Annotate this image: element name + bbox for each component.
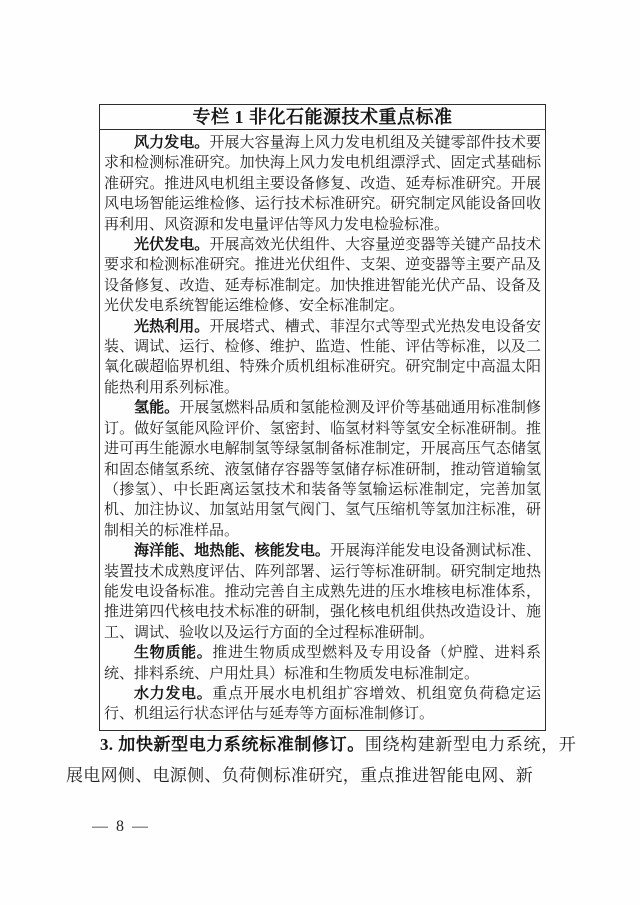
section-heading: 3. 加快新型电力系统标准制修订。 bbox=[100, 735, 365, 754]
box-title: 专栏 1 非化石能源技术重点标准 bbox=[100, 105, 545, 130]
paragraph-lead: 光热利用。 bbox=[134, 319, 209, 335]
box-paragraph: 海洋能、地热能、核能发电。开展海洋能发电设备测试标准、装置技术成熟度评估、阵列部… bbox=[104, 541, 541, 643]
paragraph-lead: 水力发电。 bbox=[134, 686, 212, 702]
box-paragraph: 生物质能。推进生物质成型燃料及专用设备（炉膛、进料系统、排料系统、户用灶具）标准… bbox=[104, 643, 541, 684]
box-paragraph: 风力发电。开展大容量海上风力发电机组及关键零部件技术要求和检测标准研究。加快海上… bbox=[104, 133, 541, 235]
box-paragraph: 水力发电。重点开展水电机组扩容增效、机组宽负荷稳定运行、机组运行状态评估与延寿等… bbox=[104, 684, 541, 725]
paragraph-lead: 风力发电。 bbox=[134, 135, 209, 151]
paragraph-lead: 光伏发电。 bbox=[134, 237, 209, 253]
standards-box: 专栏 1 非化石能源技术重点标准 风力发电。开展大容量海上风力发电机组及关键零部… bbox=[99, 104, 546, 731]
box-paragraph: 光热利用。开展塔式、槽式、菲涅尔式等型式光热发电设备安装、调试、运行、检修、维护… bbox=[104, 317, 541, 399]
paragraph-lead: 海洋能、地热能、核能发电。 bbox=[134, 543, 330, 559]
document-page: 专栏 1 非化石能源技术重点标准 风力发电。开展大容量海上风力发电机组及关键零部… bbox=[0, 0, 640, 905]
box-body: 风力发电。开展大容量海上风力发电机组及关键零部件技术要求和检测标准研究。加快海上… bbox=[100, 130, 545, 730]
section-paragraph: 3. 加快新型电力系统标准制修订。围绕构建新型电力系统，开展电网侧、电源侧、负荷… bbox=[66, 729, 576, 791]
page-number: — 8 — bbox=[92, 818, 150, 836]
box-paragraph: 氢能。开展氢燃料品质和氢能检测及评价等基础通用标准制修订。做好氢能风险评价、氢密… bbox=[104, 398, 541, 541]
box-paragraph: 光伏发电。开展高效光伏组件、大容量逆变器等关键产品技术要求和检测标准研究。推进光… bbox=[104, 235, 541, 317]
paragraph-text: 开展氢燃料品质和氢能检测及评价等基础通用标准制修订。做好氢能风险评价、氢密封、临… bbox=[104, 400, 541, 538]
paragraph-lead: 生物质能。 bbox=[134, 645, 212, 661]
paragraph-lead: 氢能。 bbox=[134, 400, 179, 416]
